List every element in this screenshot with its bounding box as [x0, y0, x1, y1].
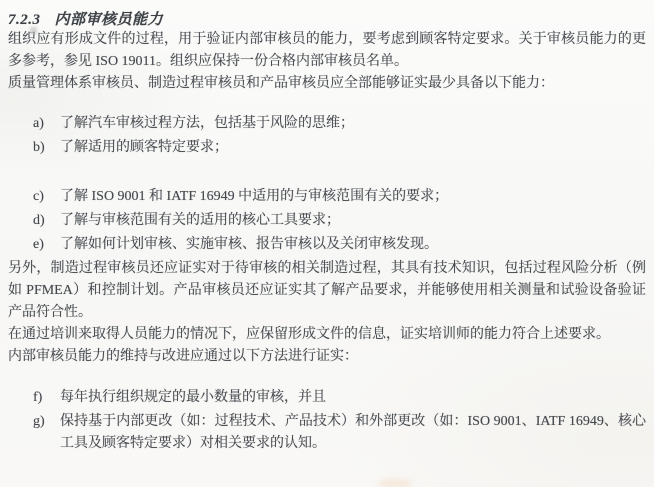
list-item-e: e) 了解如何计划审核、实施审核、报告审核以及关闭审核发现。 — [8, 234, 646, 256]
list-item-label: b) — [33, 137, 51, 159]
scan-smudge — [378, 479, 412, 487]
section-title: 内部审核员能力 — [55, 12, 164, 28]
list-item-c: c) 了解 ISO 9001 和 IATF 16949 中适用的与审核范围有关的… — [8, 186, 646, 208]
list-item-label: a) — [33, 113, 51, 135]
list-item-text: 了解 ISO 9001 和 IATF 16949 中适用的与审核范围有关的要求； — [60, 186, 646, 208]
paragraph-documented-process: 组织应有形成文件的过程，用于验证内部审核员的能力，要考虑到顾客特定要求。关于审核… — [8, 29, 646, 73]
list-item-label: c) — [33, 186, 51, 208]
document-page: 7.2.3内部审核员能力 组织应有形成文件的过程，用于验证内部审核员的能力，要考… — [0, 0, 654, 487]
list-item-text: 了解适用的顾客特定要求； — [60, 137, 646, 159]
list-item-d: d) 了解与审核范围有关的适用的核心工具要求； — [8, 210, 646, 232]
competence-list-ab: a) 了解汽车审核过程方法，包括基于风险的思维； b) 了解适用的顾客特定要求； — [8, 113, 646, 159]
paragraph-training: 在通过培训来取得人员能力的情况下，应保留形成文件的信息，证实培训师的能力符合上述… — [8, 324, 646, 346]
list-item-g: g) 保持基于内部更改（如：过程技术、产品技术）和外部更改（如：ISO 9001… — [8, 411, 646, 455]
competence-list-ce: c) 了解 ISO 9001 和 IATF 16949 中适用的与审核范围有关的… — [8, 186, 646, 256]
list-item-f: f) 每年执行组织规定的最小数量的审核，并且 — [8, 387, 646, 409]
list-item-label: e) — [33, 234, 51, 256]
list-item-label: d) — [33, 210, 51, 232]
list-item-label: f) — [33, 387, 51, 409]
list-item-text: 了解如何计划审核、实施审核、报告审核以及关闭审核发现。 — [60, 234, 646, 256]
paragraph-maintenance-intro: 内部审核员能力的维持与改进应通过以下方法进行证实： — [8, 346, 646, 368]
section-heading: 7.2.3内部审核员能力 — [8, 8, 646, 29]
list-item-text: 了解与审核范围有关的适用的核心工具要求； — [60, 210, 646, 232]
list-item-text: 每年执行组织规定的最小数量的审核，并且 — [60, 387, 646, 409]
list-item-label: g) — [33, 411, 51, 433]
section-number: 7.2.3 — [8, 12, 41, 28]
list-item-b: b) 了解适用的顾客特定要求； — [8, 137, 646, 159]
maintenance-list-fg: f) 每年执行组织规定的最小数量的审核，并且 g) 保持基于内部更改（如：过程技… — [8, 387, 646, 455]
paragraph-additional-requirements: 另外，制造过程审核员还应证实对于待审核的相关制造过程，其具有技术知识，包括过程风… — [8, 258, 646, 324]
list-item-text: 了解汽车审核过程方法，包括基于风险的思维； — [60, 113, 646, 135]
list-item-a: a) 了解汽车审核过程方法，包括基于风险的思维； — [8, 113, 646, 135]
paragraph-auditor-types: 质量管理体系审核员、制造过程审核员和产品审核员应全部能够证实最少具备以下能力： — [8, 73, 646, 95]
list-item-text: 保持基于内部更改（如：过程技术、产品技术）和外部更改（如：ISO 9001、IA… — [60, 411, 646, 455]
